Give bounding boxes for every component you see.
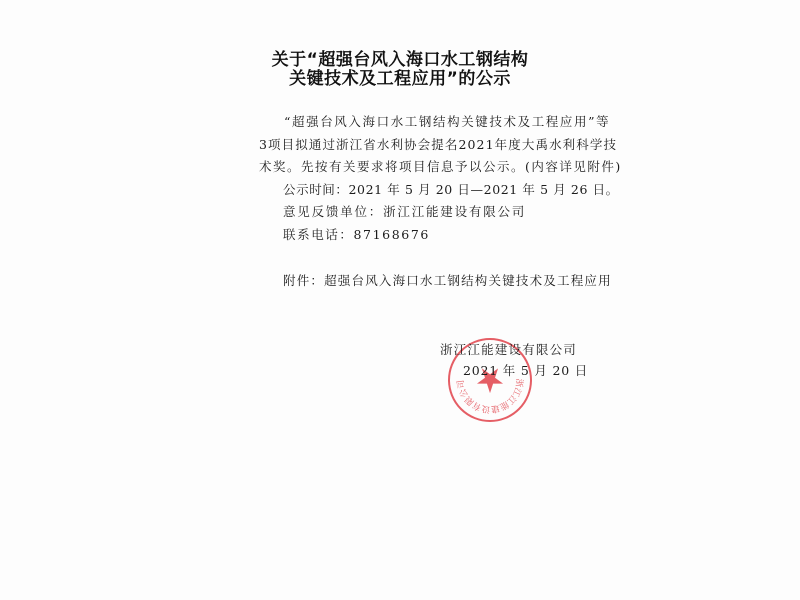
signature-date: 2021 年 5 月 20 日 (463, 361, 588, 379)
attachment-line: 附件：超强台风入海口水工钢结构关键技术及工程应用 (283, 274, 612, 288)
body-paragraph-line-1: “超强台风入海口水工钢结构关键技术及工程应用”等 (284, 115, 610, 129)
body-paragraph-line-2: 3项目拟通过浙江省水利协会提名2021年度大禹水利科学技 (259, 138, 617, 152)
body-paragraph-line-3: 术奖。先按有关要求将项目信息予以公示。(内容详见附件) (259, 160, 622, 174)
document-title-line-2: 关键技术及工程应用”的公示 (250, 70, 550, 88)
document-title-line-1: 关于“超强台风入海口水工钢结构 (250, 51, 550, 69)
feedback-unit: 意见反馈单位：浙江江能建设有限公司 (283, 205, 526, 219)
document-page: 关于“超强台风入海口水工钢结构 关键技术及工程应用”的公示 “超强台风入海口水工… (0, 0, 800, 600)
publicity-period: 公示时间：2021 年 5 月 20 日—2021 年 5 月 26 日。 (283, 183, 619, 197)
signature-company: 浙江江能建设有限公司 (440, 340, 577, 358)
contact-phone: 联系电话：87168676 (283, 228, 430, 242)
